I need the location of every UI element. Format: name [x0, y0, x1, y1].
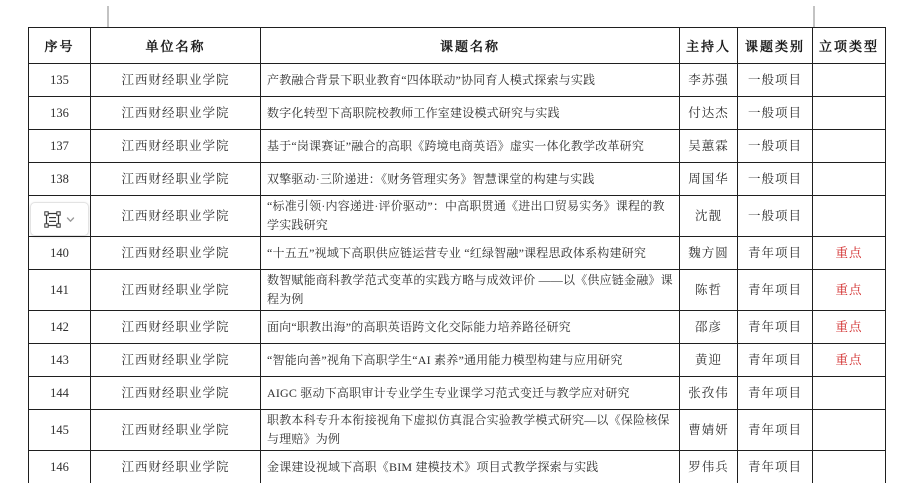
category-cell: 一般项目	[738, 64, 813, 97]
title-cell: 职教本科专升本衔接视角下虚拟仿真混合实验教学模式研究—以《保险核保与理赔》为例	[261, 410, 680, 451]
table-row: 江西财经职业学院 “标准引领·内容递进·评价驱动”：中高职贯通《进出口贸易实务》…	[29, 196, 886, 237]
title-cell: “十五五”视域下高职供应链运营专业 “红绿智融”课程思政体系构建研究	[261, 237, 680, 270]
document-page: 序号 单位名称 课题名称 主持人 课题类别 立项类型 135 江西财经职业学院 …	[0, 0, 909, 483]
type-cell: 重点	[813, 270, 886, 311]
table-row: 138 江西财经职业学院 双擎驱动·三阶递进：《财务管理实务》智慧课堂的构建与实…	[29, 163, 886, 196]
category-cell: 青年项目	[738, 410, 813, 451]
leader-cell: 曹婧妍	[680, 410, 738, 451]
type-cell	[813, 64, 886, 97]
unit-cell: 江西财经职业学院	[91, 97, 261, 130]
title-cell: “智能向善”视角下高职学生“AI 素养”通用能力模型构建与应用研究	[261, 344, 680, 377]
category-cell: 一般项目	[738, 130, 813, 163]
serial-cell: 145	[29, 410, 91, 451]
unit-cell: 江西财经职业学院	[91, 64, 261, 97]
header-title: 课题名称	[261, 28, 680, 64]
type-cell	[813, 163, 886, 196]
serial-cell: 146	[29, 451, 91, 483]
type-cell	[813, 410, 886, 451]
header-serial: 序号	[29, 28, 91, 64]
unit-cell: 江西财经职业学院	[91, 451, 261, 483]
projects-table: 序号 单位名称 课题名称 主持人 课题类别 立项类型 135 江西财经职业学院 …	[28, 27, 886, 483]
leader-cell: 邵彦	[680, 311, 738, 344]
serial-cell: 140	[29, 237, 91, 270]
type-cell	[813, 196, 886, 237]
leader-cell: 吴蕙霖	[680, 130, 738, 163]
type-cell: 重点	[813, 311, 886, 344]
table-header-row: 序号 单位名称 课题名称 主持人 课题类别 立项类型	[29, 28, 886, 64]
leader-cell: 付达杰	[680, 97, 738, 130]
leader-cell: 沈靓	[680, 196, 738, 237]
header-leader: 主持人	[680, 28, 738, 64]
unit-cell: 江西财经职业学院	[91, 237, 261, 270]
category-cell: 一般项目	[738, 97, 813, 130]
title-cell: “标准引领·内容递进·评价驱动”：中高职贯通《进出口贸易实务》课程的教学实践研究	[261, 196, 680, 237]
table-row: 141 江西财经职业学院 数智赋能商科教学范式变革的实践方略与成效评价 ——以《…	[29, 270, 886, 311]
frame-select-button[interactable]	[30, 202, 89, 236]
leader-cell: 李苏强	[680, 64, 738, 97]
leader-cell: 罗伟兵	[680, 451, 738, 483]
frame-select-icon	[43, 210, 62, 229]
title-cell: 数字化转型下高职院校教师工作室建设模式研究与实践	[261, 97, 680, 130]
category-cell: 青年项目	[738, 377, 813, 410]
header-type: 立项类型	[813, 28, 886, 64]
table-row: 136 江西财经职业学院 数字化转型下高职院校教师工作室建设模式研究与实践 付达…	[29, 97, 886, 130]
table-row: 140 江西财经职业学院 “十五五”视域下高职供应链运营专业 “红绿智融”课程思…	[29, 237, 886, 270]
title-cell: 面向“职教出海”的高职英语跨文化交际能力培养路径研究	[261, 311, 680, 344]
leader-cell: 黄迎	[680, 344, 738, 377]
table-row: 135 江西财经职业学院 产教融合背景下职业教育“四体联动”协同育人模式探索与实…	[29, 64, 886, 97]
leader-cell: 周国华	[680, 163, 738, 196]
table-row: 143 江西财经职业学院 “智能向善”视角下高职学生“AI 素养”通用能力模型构…	[29, 344, 886, 377]
leader-cell: 张孜伟	[680, 377, 738, 410]
unit-cell: 江西财经职业学院	[91, 196, 261, 237]
unit-cell: 江西财经职业学院	[91, 344, 261, 377]
leader-cell: 陈哲	[680, 270, 738, 311]
category-cell: 一般项目	[738, 196, 813, 237]
category-cell: 一般项目	[738, 163, 813, 196]
serial-cell: 142	[29, 311, 91, 344]
serial-cell: 138	[29, 163, 91, 196]
category-cell: 青年项目	[738, 344, 813, 377]
title-cell: 基于“岗课赛证”融合的高职《跨境电商英语》虚实一体化教学改革研究	[261, 130, 680, 163]
table-row: 146 江西财经职业学院 金课建设视域下高职《BIM 建模技术》项目式教学探索与…	[29, 451, 886, 483]
category-cell: 青年项目	[738, 237, 813, 270]
title-cell: 数智赋能商科教学范式变革的实践方略与成效评价 ——以《供应链金融》课程为例	[261, 270, 680, 311]
category-cell: 青年项目	[738, 270, 813, 311]
unit-cell: 江西财经职业学院	[91, 163, 261, 196]
title-cell: 双擎驱动·三阶递进：《财务管理实务》智慧课堂的构建与实践	[261, 163, 680, 196]
category-cell: 青年项目	[738, 311, 813, 344]
title-cell: 金课建设视域下高职《BIM 建模技术》项目式教学探索与实践	[261, 451, 680, 483]
table-row: 145 江西财经职业学院 职教本科专升本衔接视角下虚拟仿真混合实验教学模式研究—…	[29, 410, 886, 451]
type-cell	[813, 97, 886, 130]
serial-cell: 136	[29, 97, 91, 130]
type-cell	[813, 130, 886, 163]
type-cell: 重点	[813, 237, 886, 270]
title-cell: 产教融合背景下职业教育“四体联动”协同育人模式探索与实践	[261, 64, 680, 97]
serial-cell: 135	[29, 64, 91, 97]
table-row: 142 江西财经职业学院 面向“职教出海”的高职英语跨文化交际能力培养路径研究 …	[29, 311, 886, 344]
type-cell: 重点	[813, 344, 886, 377]
unit-cell: 江西财经职业学院	[91, 311, 261, 344]
header-category: 课题类别	[738, 28, 813, 64]
unit-cell: 江西财经职业学院	[91, 130, 261, 163]
gridline-artifact	[107, 6, 109, 27]
type-cell	[813, 451, 886, 483]
serial-cell: 137	[29, 130, 91, 163]
chevron-down-icon	[65, 214, 76, 225]
table-row: 144 江西财经职业学院 AIGC 驱动下高职审计专业学生专业课学习范式变迁与教…	[29, 377, 886, 410]
serial-cell: 141	[29, 270, 91, 311]
title-cell: AIGC 驱动下高职审计专业学生专业课学习范式变迁与教学应对研究	[261, 377, 680, 410]
header-unit: 单位名称	[91, 28, 261, 64]
unit-cell: 江西财经职业学院	[91, 270, 261, 311]
type-cell	[813, 377, 886, 410]
unit-cell: 江西财经职业学院	[91, 410, 261, 451]
leader-cell: 魏方圆	[680, 237, 738, 270]
table-row: 137 江西财经职业学院 基于“岗课赛证”融合的高职《跨境电商英语》虚实一体化教…	[29, 130, 886, 163]
unit-cell: 江西财经职业学院	[91, 377, 261, 410]
category-cell: 青年项目	[738, 451, 813, 483]
gridline-artifact	[813, 6, 815, 27]
serial-cell: 143	[29, 344, 91, 377]
serial-cell: 144	[29, 377, 91, 410]
